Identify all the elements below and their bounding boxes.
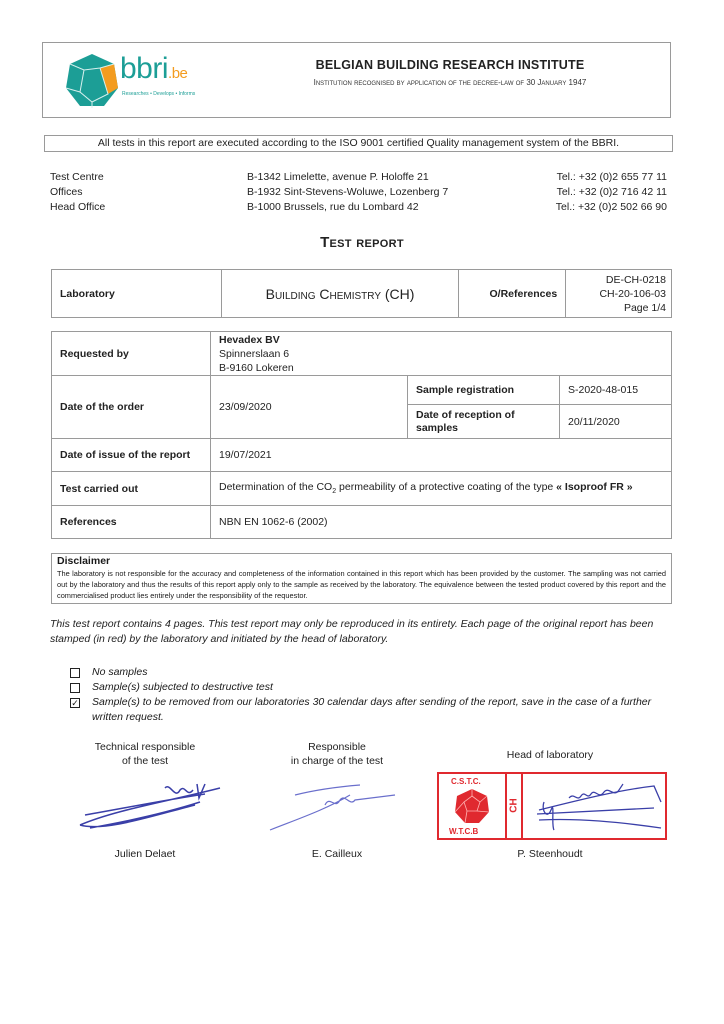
technical-responsible-label: Technical responsibleof the test bbox=[70, 740, 220, 768]
logo-wordmark: bbri.be bbox=[120, 52, 187, 86]
address-value: B-1932 Sint-Stevens-Woluwe, Lozenberg 7 bbox=[247, 185, 448, 200]
responsible-in-charge-name: E. Cailleux bbox=[262, 848, 412, 860]
address-value: B-1342 Limelette, avenue P. Holoffe 21 bbox=[247, 170, 448, 185]
reference-code: CH-20-106-03 bbox=[571, 287, 666, 301]
stamp-top-text: C.S.T.C. bbox=[451, 777, 481, 786]
report-title: Test report bbox=[0, 234, 724, 251]
reception-date-label: Date of reception of samples bbox=[408, 405, 560, 439]
page-number: Page 1/4 bbox=[571, 301, 666, 315]
requester: Hevadex BV Spinnerslaan 6 B-9160 Lokeren bbox=[211, 332, 672, 376]
option-destructive-test[interactable]: Sample(s) subjected to destructive test bbox=[70, 680, 670, 695]
address-label: Head Office bbox=[50, 200, 105, 215]
address-labels: Test Centre Offices Head Office bbox=[50, 170, 105, 215]
option-label: Sample(s) to be removed from our laborat… bbox=[92, 696, 651, 723]
responsible-in-charge-label: Responsiblein charge of the test bbox=[262, 740, 412, 768]
checkbox[interactable] bbox=[70, 683, 80, 693]
laboratory-value: Building Chemistry (CH) bbox=[221, 270, 459, 318]
checkbox[interactable] bbox=[70, 668, 80, 678]
checkbox-checked[interactable]: ✓ bbox=[70, 698, 80, 708]
address-label: Test Centre bbox=[50, 170, 105, 185]
iso-statement: All tests in this report are executed ac… bbox=[44, 135, 673, 152]
bbri-logo-icon bbox=[64, 52, 120, 110]
details-table: Requested by Hevadex BV Spinnerslaan 6 B… bbox=[51, 331, 672, 539]
product-name: « Isoproof FR » bbox=[556, 481, 632, 493]
head-of-laboratory-name: P. Steenhoudt bbox=[460, 848, 640, 860]
disclaimer-text: The laboratory is not responsible for th… bbox=[57, 568, 666, 601]
logo-tagline: Researches • Develops • Informs bbox=[122, 91, 195, 97]
order-date: 23/09/2020 bbox=[211, 376, 408, 439]
requester-street: Spinnerslaan 6 bbox=[219, 347, 663, 361]
references-label: O/References bbox=[459, 270, 566, 318]
requester-name: Hevadex BV bbox=[219, 333, 663, 347]
stamp-divider bbox=[505, 774, 507, 838]
address-phone: Tel.: +32 (0)2 502 66 90 bbox=[480, 200, 667, 215]
issue-date: 19/07/2021 bbox=[211, 439, 672, 472]
test-carried-out-label: Test carried out bbox=[52, 472, 211, 506]
stamp-bottom-text: W.T.C.B bbox=[449, 827, 478, 836]
option-label: No samples bbox=[92, 666, 147, 678]
stamp-dodecahedron-icon bbox=[454, 788, 490, 824]
reception-date: 20/11/2020 bbox=[560, 405, 672, 439]
option-label: Sample(s) subjected to destructive test bbox=[92, 681, 273, 693]
address-phone: Tel.: +32 (0)2 655 77 11 bbox=[480, 170, 667, 185]
sample-options: No samples Sample(s) subjected to destru… bbox=[70, 665, 670, 725]
references-values: DE-CH-0218 CH-20-106-03 Page 1/4 bbox=[566, 270, 672, 318]
signature-cailleux-icon bbox=[265, 775, 410, 835]
sample-registration: S-2020-48-015 bbox=[560, 376, 672, 405]
sample-registration-label: Sample registration bbox=[408, 376, 560, 405]
laboratory-label: Laboratory bbox=[52, 270, 222, 318]
institute-subtitle: Institution recognised by application of… bbox=[230, 78, 670, 87]
institute-name: BELGIAN BUILDING RESEARCH INSTITUTE bbox=[230, 58, 670, 72]
address-label: Offices bbox=[50, 185, 105, 200]
address-values: B-1342 Limelette, avenue P. Holoffe 21 B… bbox=[247, 170, 448, 215]
signature-delaet-icon bbox=[75, 780, 225, 835]
stamp-dept-code: CH bbox=[509, 798, 520, 812]
requested-by-label: Requested by bbox=[52, 332, 211, 376]
option-samples-removed[interactable]: ✓ Sample(s) to be removed from our labor… bbox=[70, 695, 670, 725]
disclaimer-title: Disclaimer bbox=[57, 555, 666, 568]
requester-city: B-9160 Lokeren bbox=[219, 361, 663, 375]
issue-date-label: Date of issue of the report bbox=[52, 439, 211, 472]
disclaimer-box: Disclaimer The laboratory is not respons… bbox=[51, 553, 672, 604]
laboratory-stamp: C.S.T.C. W.T.C.B CH bbox=[437, 772, 667, 840]
references-value: NBN EN 1062-6 (2002) bbox=[211, 506, 672, 539]
address-value: B-1000 Brussels, rue du Lombard 42 bbox=[247, 200, 448, 215]
references-label: References bbox=[52, 506, 211, 539]
stamp-divider bbox=[521, 774, 523, 838]
address-phone: Tel.: +32 (0)2 716 42 11 bbox=[480, 185, 667, 200]
technical-responsible-name: Julien Delaet bbox=[70, 848, 220, 860]
option-no-samples[interactable]: No samples bbox=[70, 665, 670, 680]
order-date-label: Date of the order bbox=[52, 376, 211, 439]
signature-steenhoudt-icon bbox=[529, 780, 665, 836]
head-of-laboratory-label: Head of laboratory bbox=[460, 748, 640, 762]
reproduction-note: This test report contains 4 pages. This … bbox=[50, 617, 672, 647]
test-description: Determination of the CO2 permeability of… bbox=[211, 472, 672, 506]
reference-code: DE-CH-0218 bbox=[571, 273, 666, 287]
laboratory-table: Laboratory Building Chemistry (CH) O/Ref… bbox=[51, 269, 672, 318]
address-phones: Tel.: +32 (0)2 655 77 11 Tel.: +32 (0)2 … bbox=[480, 170, 667, 215]
